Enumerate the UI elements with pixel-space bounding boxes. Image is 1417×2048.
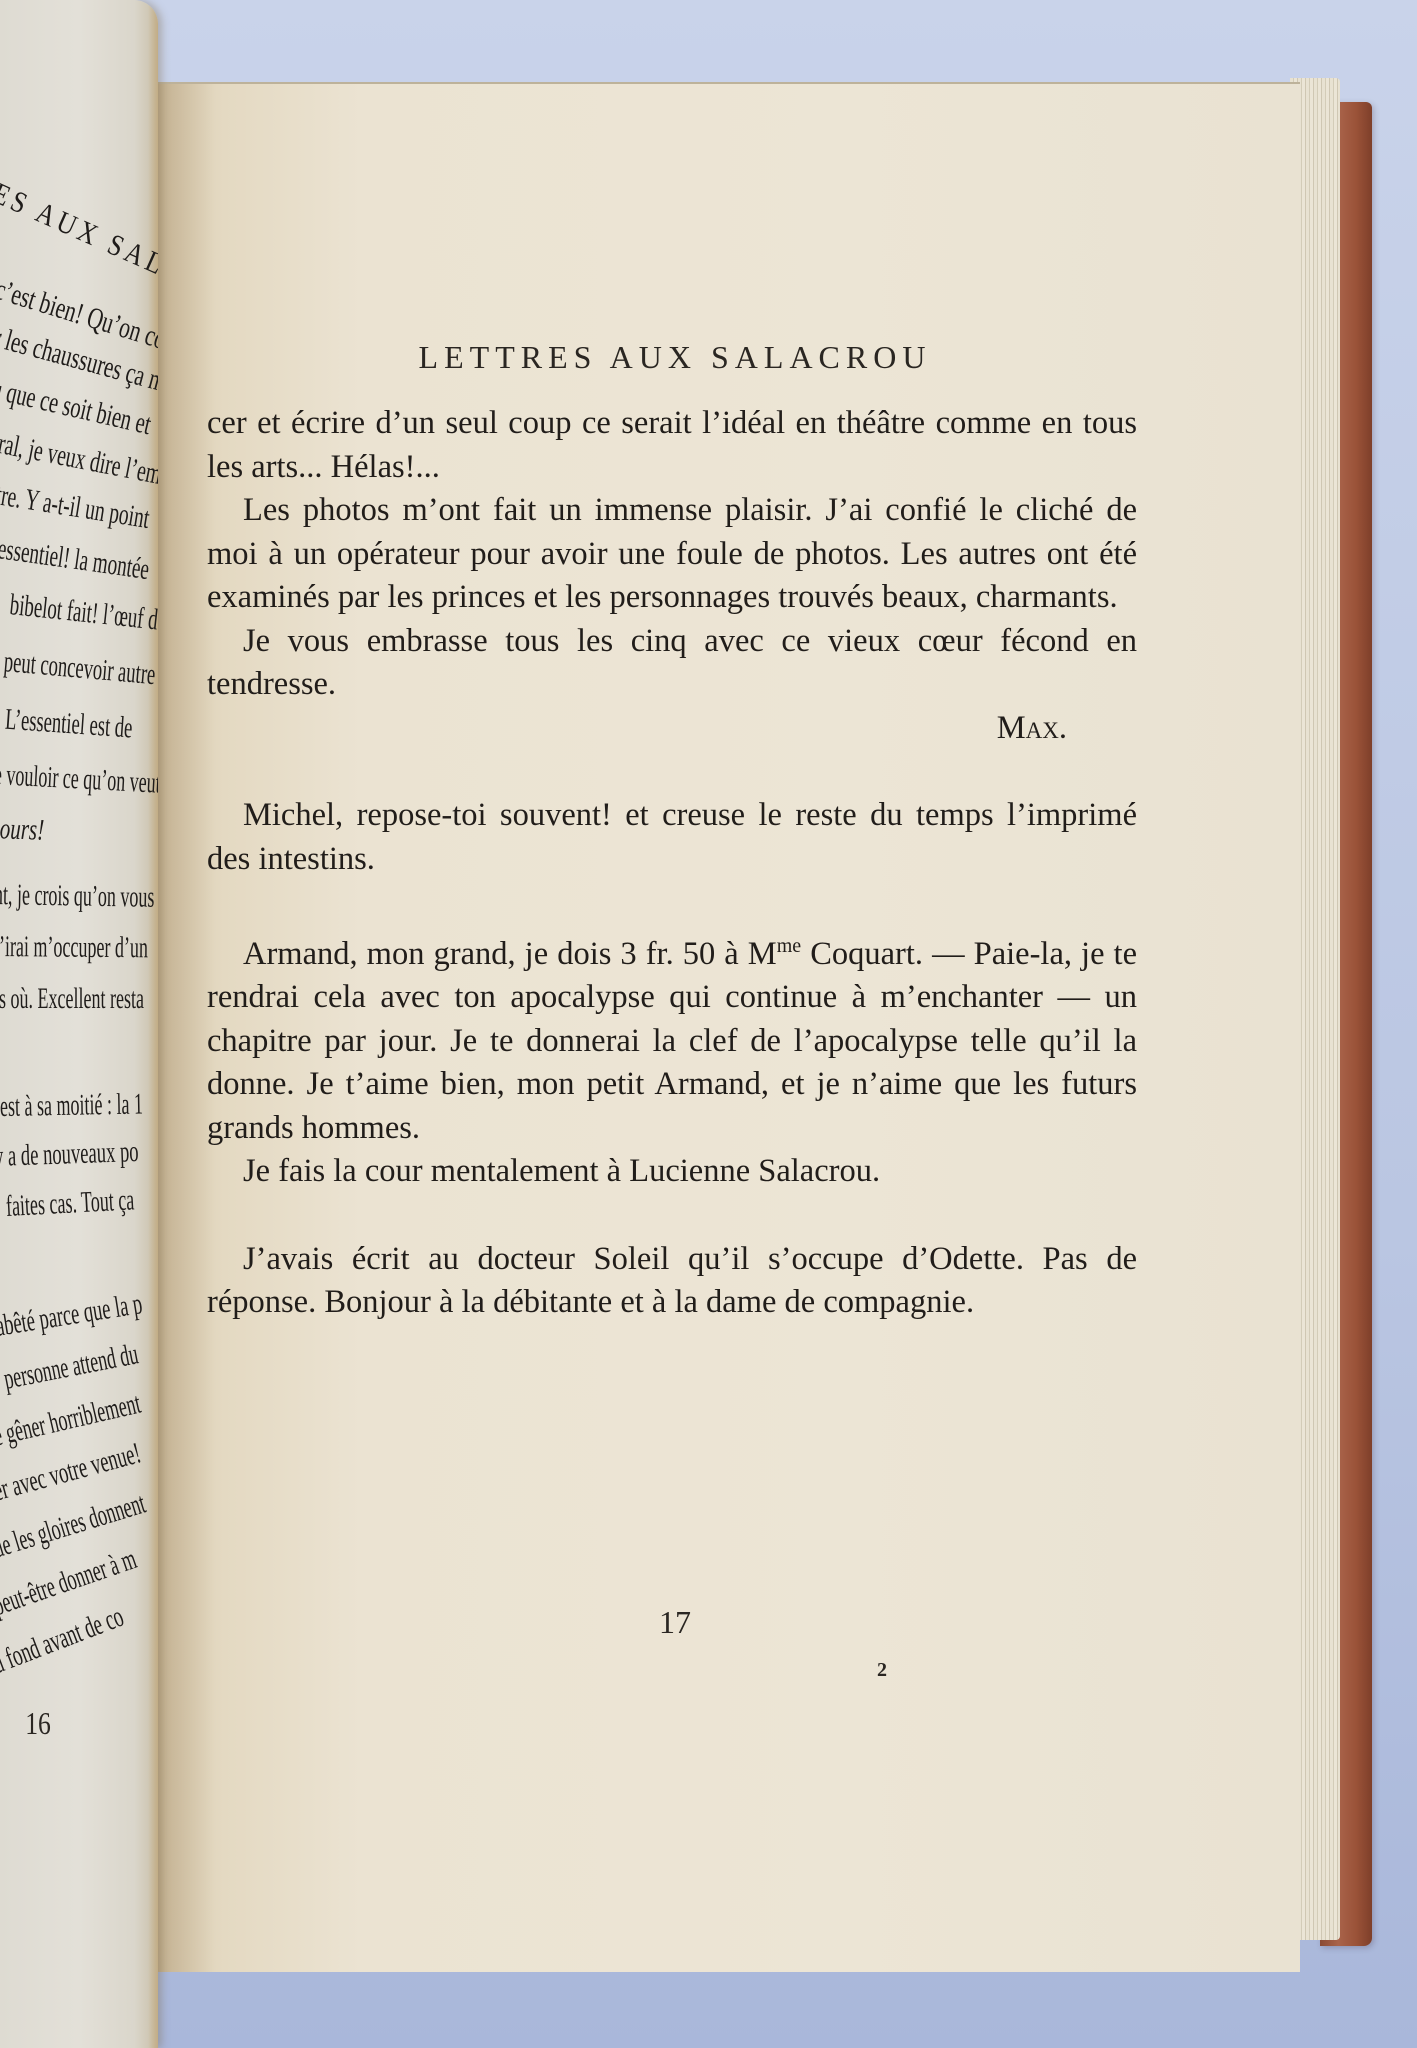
title-abbrev: M xyxy=(748,936,777,972)
left-line: e vouloir ce qu’on veut xyxy=(0,758,158,801)
paragraph: Les photos m’ont fait un immense plaisir… xyxy=(207,489,1137,620)
left-page: ES AUX SALACR c’est bien! Qu’on com r le… xyxy=(0,0,158,2048)
page-body: cer et écrire d’un seul coup ce serait l… xyxy=(207,402,1137,1325)
left-line: essentiel! la montée xyxy=(0,532,151,587)
right-page: LETTRES AUX SALACROU cer et écrire d’un … xyxy=(155,82,1300,1972)
left-line: y a de nouveaux po xyxy=(0,1135,139,1174)
left-line: faites cas. Tout ça xyxy=(5,1183,135,1224)
left-line: tre. Y a-t-il un point xyxy=(0,478,152,536)
paragraph: Je vous embrasse tous les cinq avec ce v… xyxy=(207,620,1137,707)
left-line: j’irai m’occuper d’un xyxy=(0,930,148,965)
signature-mark: 2 xyxy=(877,1659,887,1682)
left-line: jours! xyxy=(0,812,45,848)
left-line: is où. Excellent resta xyxy=(0,982,144,1016)
paragraph-text: Armand, mon grand, je dois 3 fr. 50 à xyxy=(243,936,739,972)
left-page-number: 16 xyxy=(25,1705,51,1742)
gutter-shadow xyxy=(155,84,215,1972)
page-number: 17 xyxy=(575,1604,775,1641)
left-line: . L’essentiel est de xyxy=(0,702,134,745)
left-line: abêté parce que la p xyxy=(0,1287,145,1344)
paragraph: Je fais la cour mentalement à Lucienne S… xyxy=(207,1150,1137,1194)
left-line: est à sa moitié : la 1 xyxy=(0,1088,143,1124)
letter-signature: Max. xyxy=(207,707,1137,751)
left-line: peut concevoir autre xyxy=(3,645,157,692)
left-line: nt, je crois qu’on vous xyxy=(0,878,155,915)
title-abbrev-sup: me xyxy=(777,935,801,957)
left-line: bibelot fait! l’œuf d xyxy=(8,588,158,637)
paragraph: Armand, mon grand, je dois 3 fr. 50 à Mm… xyxy=(207,925,1137,1150)
paragraph: Michel, repose-toi souvent! et creuse le… xyxy=(207,794,1137,881)
paragraph: cer et écrire d’un seul coup ce serait l… xyxy=(207,402,1137,489)
paragraph: J’avais écrit au docteur Soleil qu’il s’… xyxy=(207,1238,1137,1325)
running-head: LETTRES AUX SALACROU xyxy=(305,339,1045,376)
spine-shadow xyxy=(148,0,158,2048)
